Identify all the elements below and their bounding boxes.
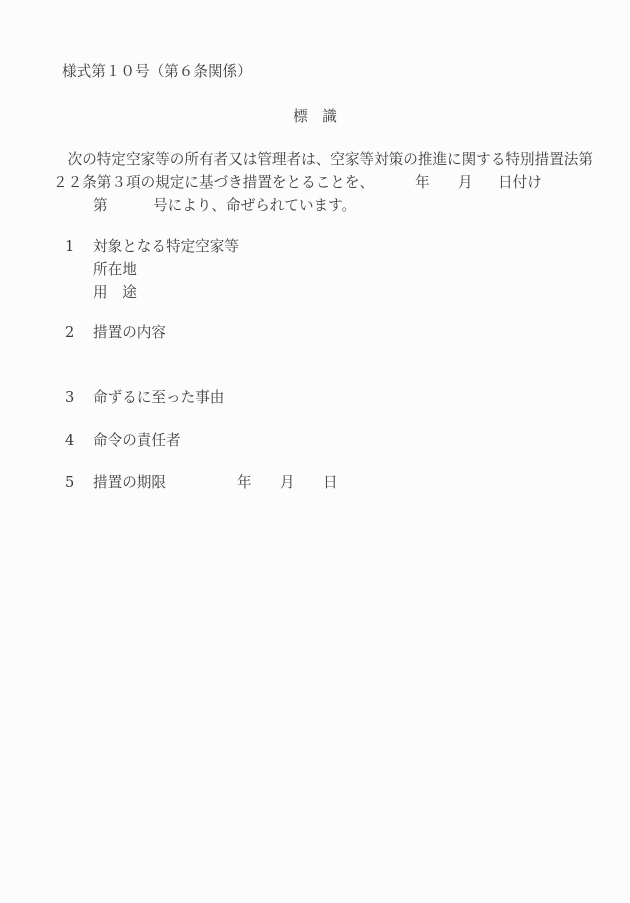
document-title: 標 識	[0, 108, 630, 125]
item-number: 3	[65, 389, 74, 406]
item-label: 措置の内容	[93, 324, 166, 341]
deadline-year-label: 年	[237, 474, 252, 491]
item-number: 1	[65, 238, 74, 255]
order-date-day-label: 日付け	[498, 174, 542, 191]
item-label: 対象となる特定空家等	[93, 238, 239, 255]
item-sub-usage-label: 用 途	[93, 284, 137, 301]
item-sub-location-label: 所在地	[93, 261, 137, 278]
item-label: 措置の期限	[93, 474, 166, 491]
item-number: 2	[65, 324, 74, 341]
intro-line-2-text: ２２条第３項の規定に基づき措置をとることを、	[53, 174, 374, 191]
item-target-vacant-house: 1 対象となる特定空家等	[65, 238, 84, 306]
item-label: 命ずるに至った事由	[93, 389, 224, 406]
order-number-prefix: 第	[93, 197, 108, 214]
document-page: 様式第１０号（第６条関係） 標 識 次の特定空家等の所有者又は管理者は、空家等対…	[0, 0, 630, 903]
deadline-day-label: 日	[323, 474, 338, 491]
deadline-month-label: 月	[280, 474, 295, 491]
order-date-month-label: 月	[458, 174, 473, 191]
item-number: 5	[65, 474, 74, 491]
item-number: 4	[65, 432, 74, 449]
intro-paragraph-line-1: 次の特定空家等の所有者又は管理者は、空家等対策の推進に関する特別措置法第	[53, 151, 593, 168]
item-measure-deadline: 5 措置の期限 年 月 日	[65, 474, 84, 593]
form-number: 様式第１０号（第６条関係）	[62, 63, 252, 80]
item-measure-details: 2 措置の内容	[65, 324, 84, 392]
item-label: 命令の責任者	[93, 432, 181, 449]
order-date-year-label: 年	[415, 174, 430, 191]
intro-line-3-text: 号により、命ぜられています。	[153, 197, 356, 214]
